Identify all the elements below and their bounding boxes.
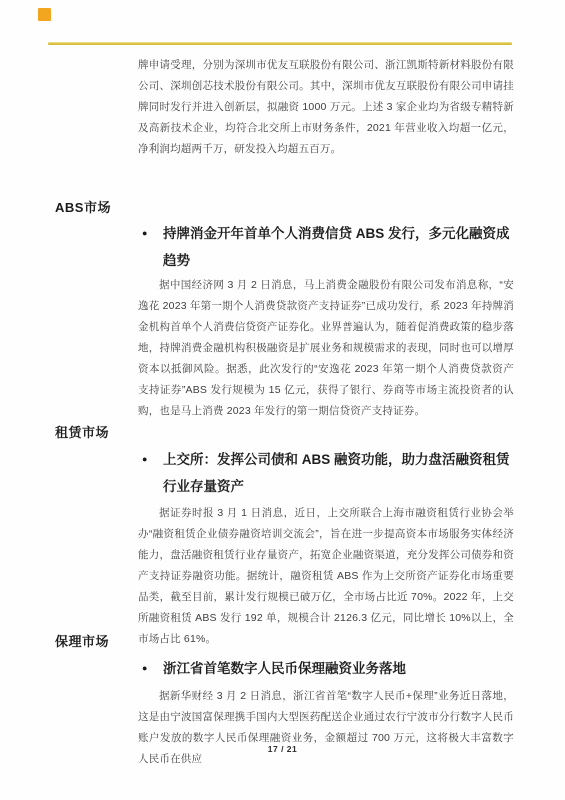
news-item-heading: ● 浙江省首笔数字人民币保理融资业务落地 — [142, 655, 516, 682]
news-item-heading-text: 浙江省首笔数字人民币保理融资业务落地 — [163, 655, 516, 682]
news-item-body: 据新华财经 3 月 2 日消息，浙江省首笔“数字人民币+保理”业务近日落地，这是… — [138, 686, 514, 770]
bullet-icon: ● — [142, 655, 163, 682]
brand-mark — [38, 8, 51, 21]
bullet-icon: ● — [142, 220, 163, 247]
section-title-factoring: 保理市场 — [55, 631, 109, 650]
news-item-heading-text: 上交所：发挥公司债和 ABS 融资功能，助力盘活融资租赁行业存量资产 — [163, 446, 516, 500]
news-item-body: 据证券时报 3 月 1 日消息，近日，上交所联合上海市融资租赁行业协会举办“融资… — [138, 503, 514, 650]
news-item-body: 据中国经济网 3 月 2 日消息，马上消费金融股份有限公司发布消息称，“安逸花 … — [138, 275, 514, 422]
news-item-heading-text: 持牌消金开年首单个人消费信贷 ABS 发行，多元化融资成趋势 — [163, 220, 516, 274]
intro-paragraph: 牌申请受理，分别为深圳市优友互联股份有限公司、浙江凯斯特新材料股份有限公司、深圳… — [138, 55, 514, 160]
header-rule — [48, 42, 512, 45]
section-title-leasing: 租赁市场 — [55, 422, 109, 441]
news-item-heading: ● 上交所：发挥公司债和 ABS 融资功能，助力盘活融资租赁行业存量资产 — [142, 446, 516, 500]
page-number: 17 / 21 — [0, 744, 565, 754]
news-item-heading: ● 持牌消金开年首单个人消费信贷 ABS 发行，多元化融资成趋势 — [142, 220, 516, 274]
document-page: 牌申请受理，分别为深圳市优友互联股份有限公司、浙江凯斯特新材料股份有限公司、深圳… — [0, 0, 565, 800]
bullet-icon: ● — [142, 446, 163, 473]
section-title-abs: ABS市场 — [55, 197, 111, 216]
